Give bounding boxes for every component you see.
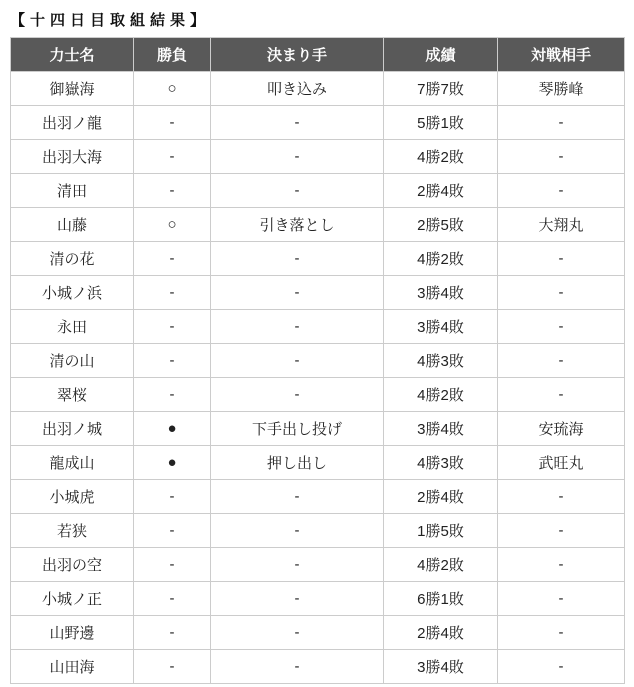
cell-shobu: - [134, 582, 211, 616]
table-row: 小城虎--2勝4敗- [11, 480, 625, 514]
col-header-shobu: 勝負 [134, 38, 211, 72]
cell-rikishi: 清の山 [11, 344, 134, 378]
table-row: 山田海--3勝4敗- [11, 650, 625, 684]
cell-seiseki: 2勝4敗 [384, 480, 498, 514]
cell-rikishi: 山田海 [11, 650, 134, 684]
cell-shobu: - [134, 548, 211, 582]
cell-rikishi: 清の花 [11, 242, 134, 276]
cell-seiseki: 4勝2敗 [384, 140, 498, 174]
cell-kimarite: 下手出し投げ [211, 412, 384, 446]
cell-aite: 琴勝峰 [498, 72, 625, 106]
cell-seiseki: 2勝4敗 [384, 174, 498, 208]
cell-kimarite: - [211, 480, 384, 514]
cell-rikishi: 出羽大海 [11, 140, 134, 174]
cell-aite: - [498, 174, 625, 208]
table-row: 若狭--1勝5敗- [11, 514, 625, 548]
cell-seiseki: 3勝4敗 [384, 650, 498, 684]
cell-kimarite: 引き落とし [211, 208, 384, 242]
cell-kimarite: - [211, 378, 384, 412]
cell-rikishi: 出羽ノ城 [11, 412, 134, 446]
table-row: 御嶽海○叩き込み7勝7敗琴勝峰 [11, 72, 625, 106]
cell-seiseki: 3勝4敗 [384, 310, 498, 344]
table-row: 出羽の空--4勝2敗- [11, 548, 625, 582]
cell-rikishi: 龍成山 [11, 446, 134, 480]
cell-seiseki: 4勝3敗 [384, 446, 498, 480]
table-row: 小城ノ正--6勝1敗- [11, 582, 625, 616]
cell-seiseki: 2勝4敗 [384, 616, 498, 650]
cell-kimarite: 押し出し [211, 446, 384, 480]
cell-kimarite: - [211, 106, 384, 140]
table-header-row: 力士名 勝負 決まり手 成績 対戦相手 [11, 38, 625, 72]
cell-shobu: - [134, 242, 211, 276]
results-table-body: 御嶽海○叩き込み7勝7敗琴勝峰出羽ノ龍--5勝1敗-出羽大海--4勝2敗-清田-… [11, 72, 625, 684]
table-row: 山藤○引き落とし2勝5敗大翔丸 [11, 208, 625, 242]
cell-aite: 武旺丸 [498, 446, 625, 480]
cell-shobu: - [134, 276, 211, 310]
cell-rikishi: 山野邊 [11, 616, 134, 650]
cell-shobu: - [134, 106, 211, 140]
table-row: 翠桜--4勝2敗- [11, 378, 625, 412]
cell-seiseki: 4勝2敗 [384, 378, 498, 412]
table-row: 出羽ノ龍--5勝1敗- [11, 106, 625, 140]
col-header-seiseki: 成績 [384, 38, 498, 72]
cell-rikishi: 清田 [11, 174, 134, 208]
cell-aite: - [498, 616, 625, 650]
cell-shobu: ● [134, 446, 211, 480]
cell-aite: - [498, 378, 625, 412]
cell-aite: - [498, 344, 625, 378]
cell-seiseki: 7勝7敗 [384, 72, 498, 106]
cell-seiseki: 3勝4敗 [384, 412, 498, 446]
cell-shobu: - [134, 174, 211, 208]
cell-seiseki: 6勝1敗 [384, 582, 498, 616]
table-row: 出羽大海--4勝2敗- [11, 140, 625, 174]
cell-aite: - [498, 480, 625, 514]
cell-kimarite: - [211, 174, 384, 208]
cell-aite: - [498, 548, 625, 582]
cell-aite: - [498, 310, 625, 344]
cell-rikishi: 出羽の空 [11, 548, 134, 582]
cell-rikishi: 小城虎 [11, 480, 134, 514]
cell-shobu: - [134, 650, 211, 684]
cell-seiseki: 4勝2敗 [384, 242, 498, 276]
cell-aite: 大翔丸 [498, 208, 625, 242]
cell-rikishi: 永田 [11, 310, 134, 344]
cell-shobu: - [134, 514, 211, 548]
cell-seiseki: 4勝3敗 [384, 344, 498, 378]
col-header-rikishi: 力士名 [11, 38, 134, 72]
cell-kimarite: - [211, 650, 384, 684]
cell-shobu: - [134, 616, 211, 650]
cell-seiseki: 5勝1敗 [384, 106, 498, 140]
cell-seiseki: 1勝5敗 [384, 514, 498, 548]
table-row: 清の花--4勝2敗- [11, 242, 625, 276]
cell-kimarite: - [211, 140, 384, 174]
cell-rikishi: 山藤 [11, 208, 134, 242]
cell-aite: - [498, 514, 625, 548]
results-table: 力士名 勝負 決まり手 成績 対戦相手 御嶽海○叩き込み7勝7敗琴勝峰出羽ノ龍-… [10, 37, 625, 684]
cell-shobu: ○ [134, 72, 211, 106]
cell-aite: - [498, 276, 625, 310]
cell-kimarite: - [211, 344, 384, 378]
cell-shobu: - [134, 378, 211, 412]
cell-kimarite: - [211, 548, 384, 582]
cell-aite: - [498, 106, 625, 140]
cell-seiseki: 4勝2敗 [384, 548, 498, 582]
cell-kimarite: - [211, 276, 384, 310]
cell-kimarite: - [211, 514, 384, 548]
cell-rikishi: 小城ノ浜 [11, 276, 134, 310]
cell-rikishi: 出羽ノ龍 [11, 106, 134, 140]
table-row: 永田--3勝4敗- [11, 310, 625, 344]
cell-aite: - [498, 140, 625, 174]
col-header-aite: 対戦相手 [498, 38, 625, 72]
table-row: 出羽ノ城●下手出し投げ3勝4敗安琉海 [11, 412, 625, 446]
col-header-kimarite: 決まり手 [211, 38, 384, 72]
cell-shobu: - [134, 480, 211, 514]
cell-kimarite: 叩き込み [211, 72, 384, 106]
cell-rikishi: 翠桜 [11, 378, 134, 412]
cell-shobu: - [134, 310, 211, 344]
cell-rikishi: 若狭 [11, 514, 134, 548]
cell-aite: 安琉海 [498, 412, 625, 446]
page-title: 【十四日目取組結果】 [0, 0, 634, 37]
page: 【十四日目取組結果】 力士名 勝負 決まり手 成績 対戦相手 御嶽海○叩き込み7… [0, 0, 634, 684]
cell-aite: - [498, 242, 625, 276]
table-row: 龍成山●押し出し4勝3敗武旺丸 [11, 446, 625, 480]
cell-kimarite: - [211, 242, 384, 276]
cell-kimarite: - [211, 582, 384, 616]
table-row: 清の山--4勝3敗- [11, 344, 625, 378]
table-row: 小城ノ浜--3勝4敗- [11, 276, 625, 310]
cell-seiseki: 3勝4敗 [384, 276, 498, 310]
cell-kimarite: - [211, 310, 384, 344]
cell-shobu: ● [134, 412, 211, 446]
cell-aite: - [498, 582, 625, 616]
table-row: 清田--2勝4敗- [11, 174, 625, 208]
cell-seiseki: 2勝5敗 [384, 208, 498, 242]
cell-shobu: ○ [134, 208, 211, 242]
table-row: 山野邊--2勝4敗- [11, 616, 625, 650]
cell-shobu: - [134, 344, 211, 378]
cell-aite: - [498, 650, 625, 684]
cell-shobu: - [134, 140, 211, 174]
cell-kimarite: - [211, 616, 384, 650]
cell-rikishi: 御嶽海 [11, 72, 134, 106]
cell-rikishi: 小城ノ正 [11, 582, 134, 616]
